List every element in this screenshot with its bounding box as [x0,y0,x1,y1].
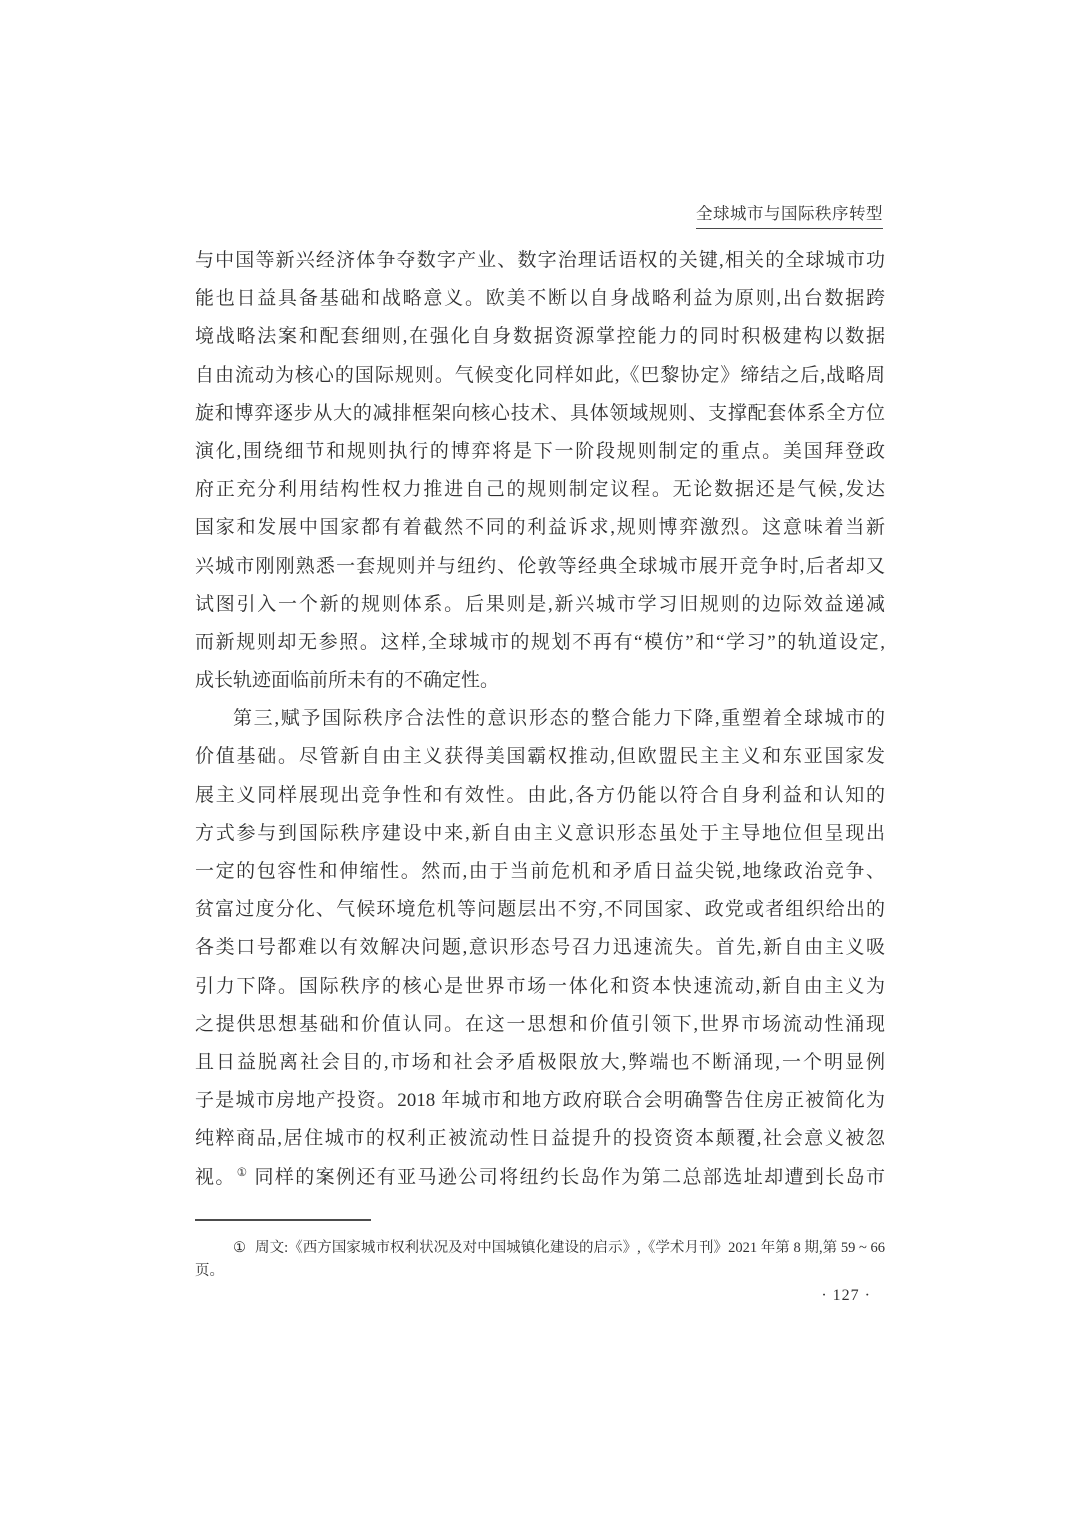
text-line: 旋和博弈逐步从大的减排框架向核心技术、具体领域规则、支撑配套体系全方位 [195,395,885,433]
body-text: 与中国等新兴经济体争夺数字产业、数字治理话语权的关键,相关的全球城市功 能也日益… [195,242,885,1197]
text-line: 一定的包容性和伸缩性。然而,由于当前危机和矛盾日益尖锐,地缘政治竞争、 [195,853,885,891]
document-page: 全球城市与国际秩序转型 与中国等新兴经济体争夺数字产业、数字治理话语权的关键,相… [0,0,1080,1527]
text-segment: 视。 [195,1167,236,1188]
text-line: 引力下降。国际秩序的核心是世界市场一体化和资本快速流动,新自由主义为 [195,968,885,1006]
text-line: 试图引入一个新的规则体系。后果则是,新兴城市学习旧规则的边际效益递减 [195,586,885,624]
footnote-text: 周文:《西方国家城市权利状况及对中国城镇化建设的启示》,《学术月刊》2021 年… [255,1240,885,1256]
text-line: 价值基础。尽管新自由主义获得美国霸权推动,但欧盟民主主义和东亚国家发 [195,738,885,776]
paragraph-2: 第三,赋予国际秩序合法性的意识形态的整合能力下降,重塑着全球城市的 价值基础。尽… [195,700,885,1158]
text-line: 自由流动为核心的国际规则。气候变化同样如此,《巴黎协定》缔结之后,战略周 [195,357,885,395]
text-segment: 同样的案例还有亚马逊公司将纽约长岛作为第二总部选址却遭到长岛市 [254,1167,885,1188]
text-line: 各类口号都难以有效解决问题,意识形态号召力迅速流失。首先,新自由主义吸 [195,929,885,967]
running-header-title: 全球城市与国际秩序转型 [696,200,883,229]
footnote-marker: ① [233,1240,246,1256]
text-line: 府正充分利用结构性权力推进自己的规则制定议程。无论数据还是气候,发达 [195,471,885,509]
text-line: 成长轨迹面临前所未有的不确定性。 [195,662,885,700]
footnote: ①周文:《西方国家城市权利状况及对中国城镇化建设的启示》,《学术月刊》2021 … [195,1237,885,1282]
page-number: · 127 · [195,1287,871,1305]
text-line: 子是城市房地产投资。2018 年城市和地方政府联合会明确警告住房正被简化为 [195,1082,885,1120]
text-line: 而新规则却无参照。这样,全球城市的规划不再有“模仿”和“学习”的轨道设定, [195,624,885,662]
text-line: 第三,赋予国际秩序合法性的意识形态的整合能力下降,重塑着全球城市的 [195,700,885,738]
footnote-line: ①周文:《西方国家城市权利状况及对中国城镇化建设的启示》,《学术月刊》2021 … [195,1237,885,1260]
text-line: 且日益脱离社会目的,市场和社会矛盾极限放大,弊端也不断涌现,一个明显例 [195,1044,885,1082]
text-line: 与中国等新兴经济体争夺数字产业、数字治理话语权的关键,相关的全球城市功 [195,242,885,280]
text-line: 展主义同样展现出竞争性和有效性。由此,各方仍能以符合自身利益和认知的 [195,777,885,815]
text-line: 国家和发展中国家都有着截然不同的利益诉求,规则博弈激烈。这意味着当新 [195,509,885,547]
paragraph-1: 与中国等新兴经济体争夺数字产业、数字治理话语权的关键,相关的全球城市功 能也日益… [195,242,885,700]
text-line: 纯粹商品,居住城市的权利正被流动性日益提升的投资资本颠覆,社会意义被忽 [195,1120,885,1158]
text-line: 方式参与到国际秩序建设中来,新自由主义意识形态虽处于主导地位但呈现出 [195,815,885,853]
footnote-reference: ① [237,1167,249,1179]
text-line: 境战略法案和配套细则,在强化自身数据资源掌控能力的同时积极建构以数据 [195,318,885,356]
text-line: 兴城市刚刚熟悉一套规则并与纽约、伦敦等经典全球城市展开竞争时,后者却又 [195,548,885,586]
text-line: 演化,围绕细节和规则执行的博弈将是下一阶段规则制定的重点。美国拜登政 [195,433,885,471]
footnote-line: 页。 [195,1260,885,1283]
text-line: 贫富过度分化、气候环境危机等问题层出不穷,不同国家、政党或者组织给出的 [195,891,885,929]
text-line: 能也日益具备基础和战略意义。欧美不断以自身战略利益为原则,出台数据跨 [195,280,885,318]
text-line: 之提供思想基础和价值认同。在这一思想和价值引领下,世界市场流动性涌现 [195,1006,885,1044]
footnote-separator [195,1219,371,1221]
text-line-with-footnote-ref: 视。①同样的案例还有亚马逊公司将纽约长岛作为第二总部选址却遭到长岛市 [195,1159,885,1197]
